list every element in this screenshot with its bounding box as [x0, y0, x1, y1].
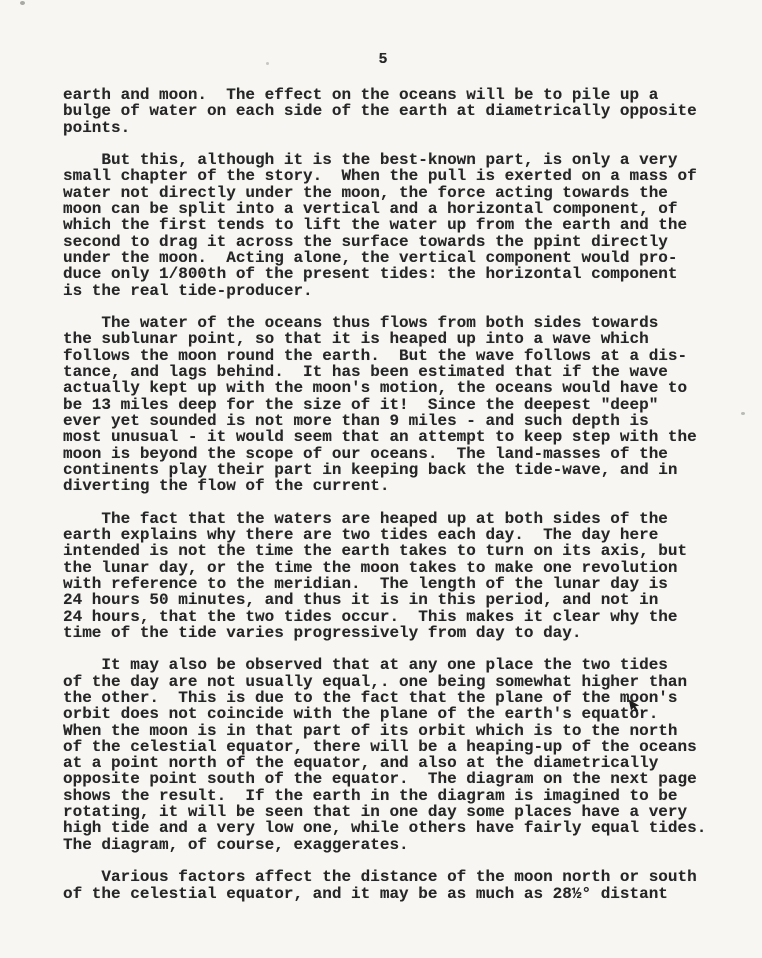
text-line: most unusual - it would seem that an att…: [63, 429, 723, 445]
text-line: moon is beyond the scope of our oceans. …: [63, 446, 723, 462]
page-number: 5: [63, 51, 703, 68]
text-line: duce only 1/800th of the present tides: …: [63, 266, 723, 282]
text-line: Various factors affect the distance of t…: [63, 869, 723, 885]
text-line: actually kept up with the moon's motion,…: [63, 380, 723, 396]
text-line: shows the result. If the earth in the di…: [63, 788, 723, 804]
text-line: diverting the flow of the current.: [63, 478, 723, 494]
text-line: time of the tide varies progressively fr…: [63, 625, 723, 641]
text-line: The water of the oceans thus flows from …: [63, 315, 723, 331]
text-line: earth and moon. The effect on the oceans…: [63, 87, 723, 103]
paragraph: But this, although it is the best-known …: [63, 152, 723, 299]
document-text: earth and moon. The effect on the oceans…: [63, 87, 723, 918]
paragraph: It may also be observed that at any one …: [63, 657, 723, 853]
text-line: the lunar day, or the time the moon take…: [63, 560, 723, 576]
text-line: moon can be split into a vertical and a …: [63, 201, 723, 217]
paragraph: The fact that the waters are heaped up a…: [63, 511, 723, 641]
text-line: orbit does not coincide with the plane o…: [63, 706, 723, 722]
text-line: 24 hours, that the two tides occur. This…: [63, 609, 723, 625]
text-line: follows the moon round the earth. But th…: [63, 348, 723, 364]
text-line: It may also be observed that at any one …: [63, 657, 723, 673]
text-line: of the celestial equator, there will be …: [63, 739, 723, 755]
text-line: high tide and a very low one, while othe…: [63, 820, 723, 836]
paragraph: The water of the oceans thus flows from …: [63, 315, 723, 494]
text-line: points.: [63, 120, 723, 136]
mouse-cursor-icon: [629, 697, 645, 714]
text-line: earth explains why there are two tides e…: [63, 527, 723, 543]
text-line: When the moon is in that part of its orb…: [63, 723, 723, 739]
text-line: which the first tends to lift the water …: [63, 217, 723, 233]
text-line: of the day are not usually equal,. one b…: [63, 674, 723, 690]
text-line: ever yet sounded is not more than 9 mile…: [63, 413, 723, 429]
paragraph: earth and moon. The effect on the oceans…: [63, 87, 723, 136]
text-line: water not directly under the moon, the f…: [63, 185, 723, 201]
text-line: tance, and lags behind. It has been esti…: [63, 364, 723, 380]
text-line: bulge of water on each side of the earth…: [63, 103, 723, 119]
text-line: under the moon. Acting alone, the vertic…: [63, 250, 723, 266]
text-line: The diagram, of course, exaggerates.: [63, 837, 723, 853]
text-line: opposite point south of the equator. The…: [63, 771, 723, 787]
text-line: intended is not the time the earth takes…: [63, 543, 723, 559]
text-line: of the celestial equator, and it may be …: [63, 886, 723, 902]
text-line: be 13 miles deep for the size of it! Sin…: [63, 397, 723, 413]
scan-speck: [266, 62, 269, 65]
text-line: is the real tide-producer.: [63, 283, 723, 299]
text-line: small chapter of the story. When the pul…: [63, 168, 723, 184]
text-line: with reference to the meridian. The leng…: [63, 576, 723, 592]
paragraph: Various factors affect the distance of t…: [63, 869, 723, 902]
scan-speck: [741, 412, 745, 415]
scan-speck: [20, 1, 25, 5]
text-line: the other. This is due to the fact that …: [63, 690, 723, 706]
text-line: continents play their part in keeping ba…: [63, 462, 723, 478]
text-line: rotating, it will be seen that in one da…: [63, 804, 723, 820]
text-line: 24 hours 50 minutes, and thus it is in t…: [63, 592, 723, 608]
text-line: the sublunar point, so that it is heaped…: [63, 331, 723, 347]
text-line: second to drag it across the surface tow…: [63, 234, 723, 250]
text-line: The fact that the waters are heaped up a…: [63, 511, 723, 527]
text-line: But this, although it is the best-known …: [63, 152, 723, 168]
text-line: at a point north of the equator, and als…: [63, 755, 723, 771]
